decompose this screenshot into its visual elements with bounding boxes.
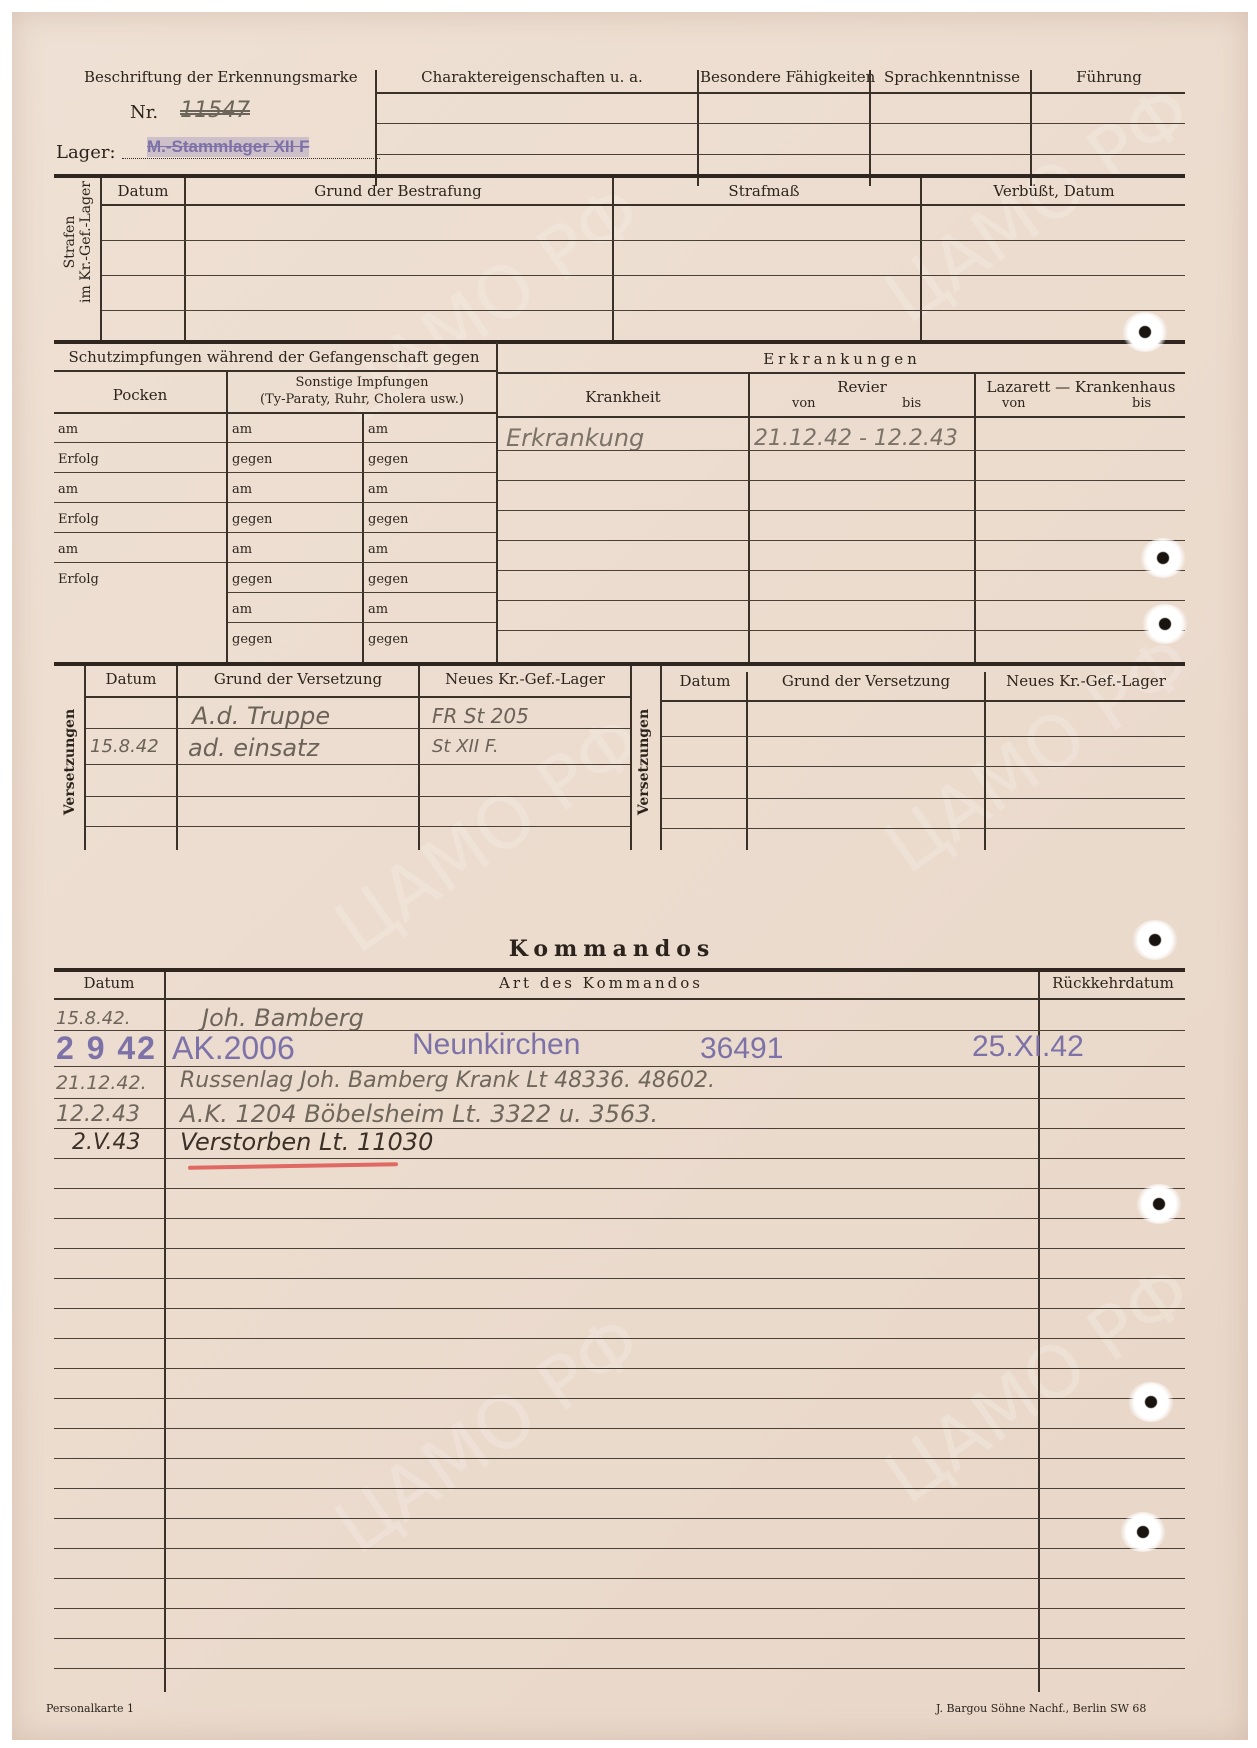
sonstige-gegen: gegen (368, 512, 408, 527)
lager-label: Lager: (56, 142, 116, 163)
pocken-am-1: am (58, 422, 78, 437)
komm-datum-5: 2.V.43 (72, 1130, 141, 1155)
sonstige-gegen: gegen (232, 632, 272, 647)
col-sonstige: Sonstige Impfungen (228, 375, 496, 390)
personnel-card: ЦАМО РФ ЦАМО РФ ЦАМО РФ ЦАМО РФ ЦАМО РФ … (12, 12, 1248, 1740)
komm-rueckkehr-stamp: 25.XI.42 (972, 1030, 1084, 1064)
col-fuehrung: Führung (1034, 68, 1184, 86)
vers-grund-2: ad. einsatz (188, 734, 319, 762)
tag-title: Beschriftung der Erkennungsmarke (84, 68, 358, 86)
vers2-col-grund: Grund der Versetzung (748, 672, 984, 690)
vers-grund-1: A.d. Truppe (192, 702, 330, 730)
impfungen-title: Schutzimpfungen während der Gefangenscha… (54, 348, 494, 366)
punch-hole (1142, 604, 1188, 644)
vers-datum-2: 15.8.42 (90, 736, 159, 757)
revier-entry: 21.12.42 - 12.2.43 (754, 426, 958, 451)
vers-col-lager: Neues Kr.-Gef.-Lager (420, 670, 630, 688)
komm-datum-4: 12.2.43 (56, 1102, 140, 1127)
sonstige-am: am (368, 602, 388, 617)
sonstige-gegen: gegen (232, 452, 272, 467)
sonstige-am: am (232, 602, 252, 617)
vers2-col-lager: Neues Kr.-Gef.-Lager (986, 672, 1186, 690)
krankheit-entry: Erkrankung (506, 424, 644, 452)
pocken-erfolg-1: Erfolg (58, 452, 99, 467)
sonstige-am: am (368, 482, 388, 497)
sonstige-gegen: gegen (232, 512, 272, 527)
col-charakter: Charaktereigenschaften u. a. (382, 68, 682, 86)
vers-col-grund: Grund der Versetzung (178, 670, 418, 688)
watermark: ЦАМО РФ (320, 1299, 657, 1570)
sonstige-am: am (368, 422, 388, 437)
pocken-am-2: am (58, 482, 78, 497)
lager-stamp: M.-Stammlager XII F (147, 137, 309, 157)
nr-value: 11547 (180, 98, 250, 123)
kommandos-title: Kommandos (412, 936, 812, 962)
komm-col-datum: Datum (54, 974, 164, 992)
punch-hole (1136, 1184, 1182, 1224)
komm-col-rueckkehr: Rückkehrdatum (1040, 974, 1186, 992)
komm-art-3: Russenlag Joh. Bamberg Krank Lt 48336. 4… (180, 1068, 715, 1093)
sonstige-am: am (232, 482, 252, 497)
revier-bis: bis (902, 396, 921, 411)
sonstige-gegen: gegen (368, 632, 408, 647)
punch-hole (1122, 312, 1168, 352)
col-krankheit: Krankheit (498, 388, 748, 406)
nr-label: Nr. (130, 102, 158, 123)
komm-ak-stamp: AK.2006 (172, 1030, 295, 1067)
versetzungen-side-label-right: Versetzungen (636, 702, 652, 822)
lager-dotted-line (122, 158, 380, 159)
watermark: ЦАМО РФ (870, 619, 1207, 890)
col-sonstige-sub: (Ty-Paraty, Ruhr, Cholera usw.) (228, 392, 496, 407)
lazarett-von: von (1002, 396, 1026, 411)
versetzungen-side-label-left: Versetzungen (62, 702, 78, 822)
col-pocken: Pocken (54, 386, 226, 404)
sonstige-gegen: gegen (368, 572, 408, 587)
col-grund-bestrafung: Grund der Bestrafung (186, 182, 610, 200)
footer-right: J. Bargou Söhne Nachf., Berlin SW 68 (936, 1702, 1146, 1715)
komm-art-5: Verstorben Lt. 11030 (180, 1128, 433, 1156)
punch-hole (1128, 1382, 1174, 1422)
pocken-am-3: am (58, 542, 78, 557)
sonstige-am: am (232, 422, 252, 437)
punch-hole (1132, 920, 1178, 960)
komm-nr-stamp: 36491 (700, 1032, 783, 1066)
vers-col-datum: Datum (86, 670, 176, 688)
col-revier: Revier (750, 378, 974, 396)
sonstige-gegen: gegen (232, 572, 272, 587)
revier-von: von (792, 396, 816, 411)
vers2-col-datum: Datum (662, 672, 748, 690)
vers-lager-1: FR St 205 (432, 704, 529, 728)
sonstige-am: am (368, 542, 388, 557)
pocken-erfolg-2: Erfolg (58, 512, 99, 527)
red-underline (188, 1162, 398, 1170)
pocken-erfolg-3: Erfolg (58, 572, 99, 587)
komm-col-art: Art des Kommandos (166, 974, 1036, 992)
komm-datum-1: 15.8.42. (56, 1008, 130, 1029)
komm-ort-stamp: Neunkirchen (412, 1028, 580, 1062)
col-verbuesst: Verbüßt, Datum (922, 182, 1186, 200)
sonstige-am: am (232, 542, 252, 557)
lazarett-bis: bis (1132, 396, 1151, 411)
punch-hole (1140, 538, 1186, 578)
komm-datum-3: 21.12.42. (56, 1072, 147, 1094)
vers-lager-2: St XII F. (432, 736, 499, 757)
sonstige-gegen: gegen (368, 452, 408, 467)
col-datum: Datum (102, 182, 184, 200)
col-sprachen: Sprachkenntnisse (872, 68, 1032, 86)
punch-hole (1120, 1512, 1166, 1552)
strafen-side-label: Strafen im Kr.-Gef.-Lager (62, 172, 94, 312)
komm-datum-stamp: 2 9 42 (56, 1030, 157, 1067)
erkrankungen-title: Erkrankungen (498, 350, 1186, 368)
col-faehigkeiten: Besondere Fähigkeiten (700, 68, 870, 86)
col-strafmass: Strafmaß (614, 182, 914, 200)
komm-art-1: Joh. Bamberg (202, 1004, 364, 1032)
footer-left: Personalkarte 1 (46, 1702, 134, 1715)
col-lazarett: Lazarett — Krankenhaus (976, 378, 1186, 396)
komm-art-4: A.K. 1204 Böbelsheim Lt. 3322 u. 3563. (180, 1100, 658, 1128)
